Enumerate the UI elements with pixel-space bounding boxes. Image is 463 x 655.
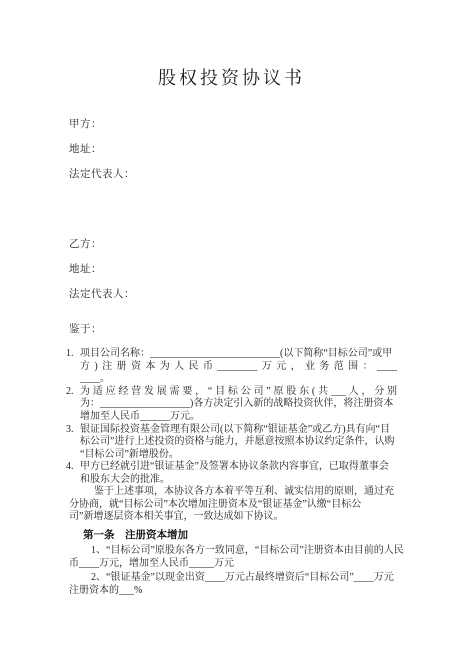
party-b-representative-label: 法定代表人： [69, 288, 135, 301]
party-a-representative-label: 法定代表人： [69, 168, 135, 181]
recital-number: 2. [66, 386, 74, 399]
party-a-address-label: 地址： [69, 143, 135, 156]
article-1-clause-2: 2、“银证基金”以现金出资____万元占最终增资后“目标公司”____万元 注册… [69, 572, 409, 597]
recital-line: 为：__________________)各方决定引入新的战略投资伙伴，将注册资… [80, 398, 397, 411]
recital-number: 1. [66, 348, 74, 361]
recital-line: 项目公司名称：__________________________(以下简称“目… [80, 348, 397, 361]
recital-line: 为适应经营发展需要，“目标公司”原股东(共___人，分别 [80, 386, 397, 399]
recital-line: 方)注册资本为人民币________万元，业务范围：____ [80, 361, 397, 374]
closing-line: 鉴于上述事项，本协议各方本着平等互利、诚实信用的原则，通过充 [69, 486, 396, 499]
party-a-name-label: 甲方： [69, 118, 135, 131]
party-b-name-label: 乙方： [69, 238, 135, 251]
party-b-address-label: 地址： [69, 263, 135, 276]
article-1-clause-1: 1、“目标公司”原股东各方一致同意，“目标公司”注册资本由目前的人民 币____… [69, 545, 409, 570]
clause-line: 2、“银证基金”以现金出资____万元占最终增资后“目标公司”____万元 [69, 572, 409, 585]
recital-number: 4. [66, 461, 74, 474]
recital-line: 银证国际投资基金管理有限公司(以下简称“银证基金”或乙方)具有向“目 [80, 424, 397, 437]
recital-line: 甲方已经就引进“银证基金”及签署本协议条款内容事宜，已取得董事会 [80, 461, 397, 474]
recital-item-2: 2. 为适应经营发展需要，“目标公司”原股东(共___人，分别 为：______… [66, 386, 397, 424]
recital-item-3: 3. 银证国际投资基金管理有限公司(以下简称“银证基金”或乙方)具有向“目 标公… [66, 424, 397, 462]
clause-line: 1、“目标公司”原股东各方一致同意，“目标公司”注册资本由目前的人民 [69, 545, 409, 558]
clause-line: 币____万元，增加至人民币_____万元 [69, 558, 409, 571]
recital-line: 和股东大会的批准。 [80, 474, 397, 487]
closing-paragraph: 鉴于上述事项，本协议各方本着平等互利、诚实信用的原则，通过充 分协商，就“目标公… [69, 486, 396, 524]
clause-line: 注册资本的___% [69, 585, 409, 598]
party-b-block: 乙方： 地址： 法定代表人： [69, 238, 135, 313]
recital-line: “目标公司”新增股份。 [80, 449, 397, 462]
article-1-section: 第一条 注册资本增加 1、“目标公司”原股东各方一致同意，“目标公司”注册资本由… [69, 529, 409, 597]
recital-item-1: 1. 项目公司名称：__________________________(以下简… [66, 348, 397, 386]
document-title: 股权投资协议书 [0, 64, 463, 90]
article-1-heading: 第一条 注册资本增加 [83, 529, 409, 543]
contract-page: 股权投资协议书 甲方： 地址： 法定代表人： 乙方： 地址： 法定代表人： 鉴于… [0, 0, 463, 655]
recitals-list: 1. 项目公司名称：__________________________(以下简… [66, 348, 397, 487]
recital-number: 3. [66, 424, 74, 437]
recital-line: 增加至人民币______万元。 [80, 411, 397, 424]
party-a-block: 甲方： 地址： 法定代表人： [69, 118, 135, 193]
closing-line: 分协商，就“目标公司”本次增加注册资本及“银证基金”认缴“目标公 [69, 499, 396, 512]
recital-line: 标公司”进行上述投资的资格与能力，并愿意按照本协议约定条件，认购 [80, 436, 397, 449]
whereas-label: 鉴于： [69, 321, 102, 336]
recital-item-4: 4. 甲方已经就引进“银证基金”及签署本协议条款内容事宜，已取得董事会 和股东大… [66, 461, 397, 486]
recital-line: ____。 [80, 373, 397, 386]
closing-line: 司”新增逐层资本相关事宜，一致达成如下协议。 [69, 511, 396, 524]
